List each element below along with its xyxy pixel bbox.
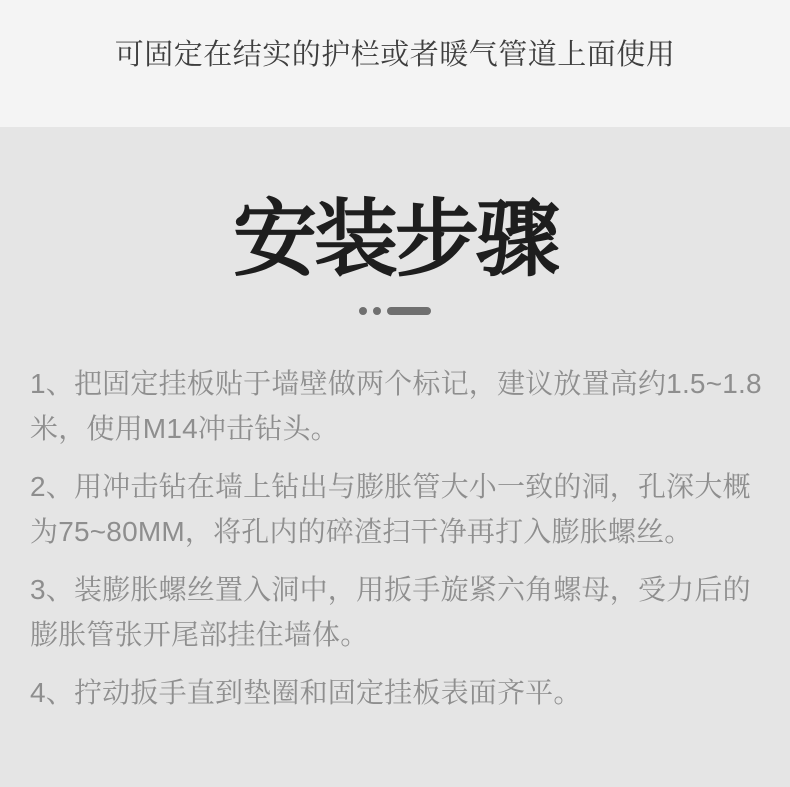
title-divider xyxy=(0,307,790,315)
section-title: 安装步骤 xyxy=(0,127,790,283)
step-item-3: 3、装膨胀螺丝置入洞中，用扳手旋紧六角螺母，受力后的膨胀管张开尾部挂住墙体。 xyxy=(30,567,764,657)
steps-list: 1、把固定挂板贴于墙壁做两个标记，建议放置高约1.5~1.8米，使用M14冲击钻… xyxy=(0,315,790,715)
top-banner-text: 可固定在结实的护栏或者暖气管道上面使用 xyxy=(0,37,790,73)
decor-dot-icon xyxy=(373,307,381,315)
step-item-4: 4、拧动扳手直到垫圈和固定挂板表面齐平。 xyxy=(30,670,764,715)
product-description-page: 可固定在结实的护栏或者暖气管道上面使用 安装步骤 1、把固定挂板贴于墙壁做两个标… xyxy=(0,0,790,787)
decor-dash-icon xyxy=(387,307,431,315)
installation-steps-section: 安装步骤 1、把固定挂板贴于墙壁做两个标记，建议放置高约1.5~1.8米，使用M… xyxy=(0,127,790,787)
top-banner: 可固定在结实的护栏或者暖气管道上面使用 xyxy=(0,0,790,127)
decor-dot-icon xyxy=(359,307,367,315)
step-item-2: 2、用冲击钻在墙上钻出与膨胀管大小一致的洞，孔深大概为75~80MM，将孔内的碎… xyxy=(30,464,764,554)
step-item-1: 1、把固定挂板贴于墙壁做两个标记，建议放置高约1.5~1.8米，使用M14冲击钻… xyxy=(30,361,764,451)
